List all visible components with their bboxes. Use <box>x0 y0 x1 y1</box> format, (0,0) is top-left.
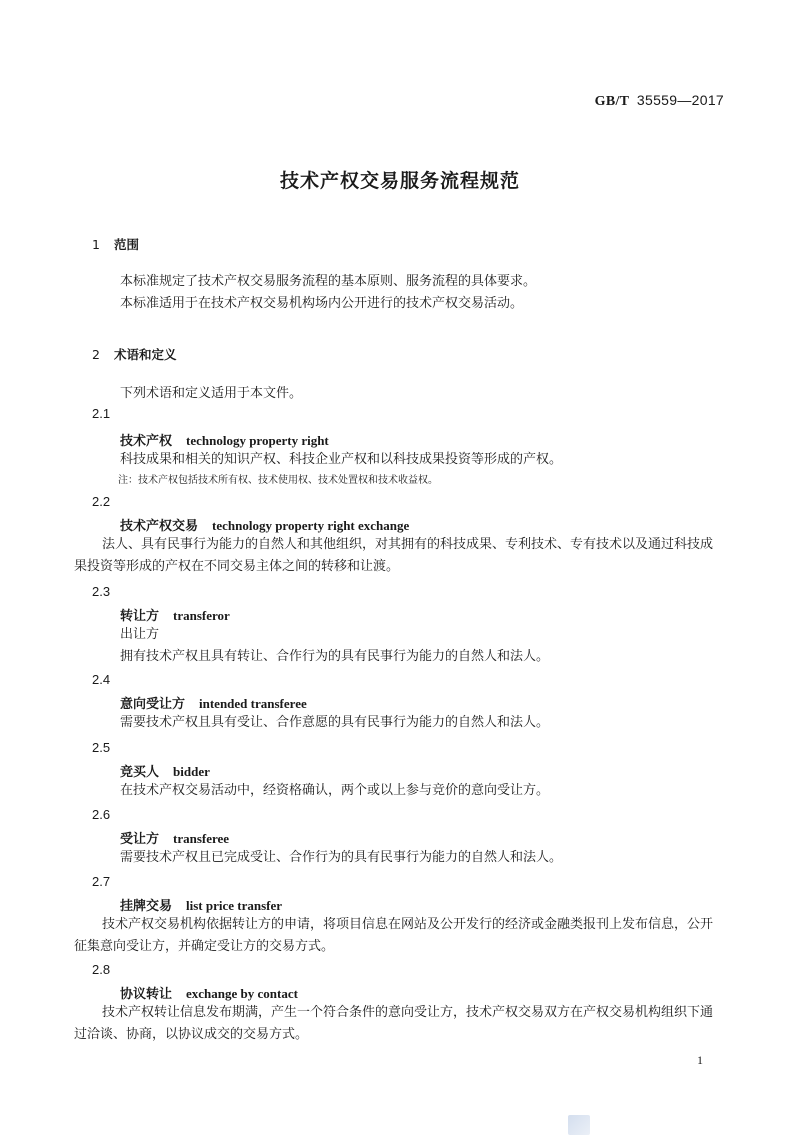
term-definition: 科技成果和相关的知识产权、科技企业产权和以科技成果投资等形成的产权。 <box>92 449 722 471</box>
term-2-7: 2.7 挂牌交易list price transfer 技术产权交易机构依据转让… <box>92 874 722 958</box>
term-definition: 法人、具有民事行为能力的自然人和其他组织，对其拥有的科技成果、专利技术、专有技术… <box>74 534 722 578</box>
section-heading: 2术语和定义 <box>92 345 722 363</box>
term-definition: 需要技术产权且具有受让、合作意愿的具有民事行为能力的自然人和法人。 <box>92 712 722 734</box>
term-alternative: 出让方 <box>92 624 722 646</box>
section-2-intro: 下列术语和定义适用于本文件。 <box>92 383 722 405</box>
term-note: 注：技术产权包括技术所有权、技术使用权、技术处置权和技术收益权。 <box>92 471 722 486</box>
term-definition: 技术产权交易机构依据转让方的申请，将项目信息在网站及公开发行的经济或金融类报刊上… <box>74 914 722 958</box>
section-2: 2术语和定义 <box>92 345 722 363</box>
term-2-3: 2.3 转让方transferor 出让方 拥有技术产权且具有转让、合作行为的具… <box>92 584 722 668</box>
section-1: 1范围 <box>92 235 722 253</box>
term-title: 挂牌交易list price transfer <box>92 895 722 914</box>
term-2-4: 2.4 意向受让方intended transferee 需要技术产权且具有受让… <box>92 672 722 734</box>
term-title: 受让方transferee <box>92 828 722 847</box>
term-2-5: 2.5 竞买人bidder 在技术产权交易活动中，经资格确认，两个或以上参与竞价… <box>92 740 722 802</box>
term-number: 2.7 <box>92 874 722 889</box>
term-number: 2.4 <box>92 672 722 687</box>
document-title: 技术产权交易服务流程规范 <box>0 166 800 193</box>
standard-prefix: GB/T <box>595 94 630 109</box>
paragraph: 下列术语和定义适用于本文件。 <box>92 383 722 405</box>
standard-number: 35559—2017 <box>637 92 724 108</box>
term-title: 技术产权交易technology property right exchange <box>92 515 722 534</box>
term-2-2: 2.2 技术产权交易technology property right exch… <box>92 494 722 578</box>
term-2-8: 2.8 协议转让exchange by contact 技术产权转让信息发布期满… <box>92 962 722 1046</box>
term-number: 2.1 <box>92 406 722 421</box>
term-number: 2.8 <box>92 962 722 977</box>
term-definition: 在技术产权交易活动中，经资格确认，两个或以上参与竞价的意向受让方。 <box>92 780 722 802</box>
term-2-1: 2.1 技术产权technology property right 科技成果和相… <box>92 406 722 486</box>
section-1-body: 本标准规定了技术产权交易服务流程的基本原则、服务流程的具体要求。 本标准适用于在… <box>92 271 722 315</box>
term-title: 竞买人bidder <box>92 761 722 780</box>
paragraph: 本标准规定了技术产权交易服务流程的基本原则、服务流程的具体要求。 <box>92 271 722 293</box>
term-number: 2.5 <box>92 740 722 755</box>
term-definition: 拥有技术产权且具有转让、合作行为的具有民事行为能力的自然人和法人。 <box>92 646 722 668</box>
term-definition: 技术产权转让信息发布期满，产生一个符合条件的意向受让方，技术产权交易双方在产权交… <box>74 1002 722 1046</box>
term-title: 技术产权technology property right <box>92 430 722 449</box>
publisher-logo-icon <box>568 1115 590 1135</box>
term-2-6: 2.6 受让方transferee 需要技术产权且已完成受让、合作行为的具有民事… <box>92 807 722 869</box>
term-title: 意向受让方intended transferee <box>92 693 722 712</box>
term-title: 转让方transferor <box>92 605 722 624</box>
paragraph: 本标准适用于在技术产权交易机构场内公开进行的技术产权交易活动。 <box>92 293 722 315</box>
term-definition: 需要技术产权且已完成受让、合作行为的具有民事行为能力的自然人和法人。 <box>92 847 722 869</box>
term-number: 2.3 <box>92 584 722 599</box>
section-heading: 1范围 <box>92 235 722 253</box>
term-title: 协议转让exchange by contact <box>92 983 722 1002</box>
term-number: 2.6 <box>92 807 722 822</box>
standard-code: GB/T 35559—2017 <box>595 92 724 110</box>
term-number: 2.2 <box>92 494 722 509</box>
page-number: 1 <box>697 1053 703 1068</box>
